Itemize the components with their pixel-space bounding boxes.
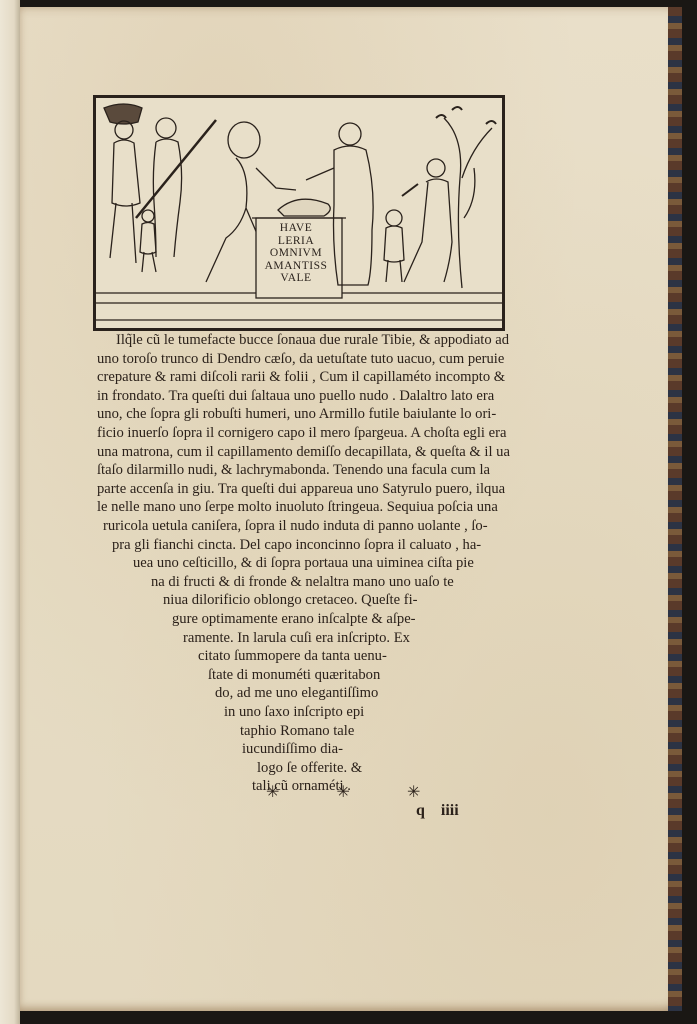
asterism-ornament: ✳ ✳ ✳: [266, 782, 446, 801]
woodcut-scene-icon: [96, 98, 502, 328]
text-line: le nelle mano uno ſerpe molto inuoluto ſ…: [97, 498, 498, 517]
text-line: do, ad me uno elegantiſſimo: [215, 684, 378, 703]
text-line: ficio inuerſo ſopra il cornigero capo il…: [97, 424, 506, 443]
inscription-line: AMANTISS: [264, 260, 328, 273]
text-line: uno, che ſopra gli robuſti humeri, uno A…: [97, 405, 496, 424]
text-line: gure optimamente erano inſcalpte & aſpe-: [172, 610, 416, 629]
text-line: na di fructi & di fronde & nelaltra mano…: [151, 573, 454, 592]
text-line: niua dilorificio oblongo cretaceo. Queſt…: [163, 591, 418, 610]
text-line: ſtate di monuméti quæritabon: [208, 666, 380, 685]
text-line: in uno ſaxo inſcripto epi: [224, 703, 364, 722]
marbled-fore-edge: [668, 7, 682, 1011]
text-line: ruricola uetula caniſera, ſopra il nudo …: [103, 517, 488, 536]
text-line: uno toroſo trunco di Dendro cæſo, da uet…: [97, 350, 504, 369]
inscription-line: VALE: [264, 272, 328, 285]
inscription-line: HAVE: [264, 222, 328, 235]
text-line: pra gli fianchi cincta. Del capo inconci…: [112, 536, 481, 555]
text-line: ſtaſo dilarmillo nudi, & lachrymabonda. …: [97, 461, 490, 480]
text-line: uea uno ceſticillo, & di ſopra portaua u…: [133, 554, 474, 573]
text-line: Ilq̃le cũ le tumefacte bucce ſonaua due …: [116, 331, 509, 350]
text-line: iucundiſſimo dia-: [242, 740, 343, 759]
text-line: parte accenſa in giu. Tra queſti dui app…: [97, 480, 505, 499]
signature-number: iiii: [441, 802, 459, 819]
facing-page-edge: [0, 0, 20, 1024]
signature-letter: q: [416, 802, 425, 819]
signature-mark: qiiii: [416, 802, 475, 820]
woodcut-illustration: HAVE LERIA OMNIVM AMANTISS VALE: [93, 95, 505, 331]
text-line: crepature & rami diſcoli rarii & folii ,…: [97, 368, 505, 387]
text-line: citato ſummopere da tanta uenu-: [198, 647, 387, 666]
text-line: una matrona, cum il capillamento demiſſo…: [97, 443, 510, 462]
inscription-line: LERIA: [264, 235, 328, 248]
text-line: ramente. In larula cuſi era inſcripto. E…: [183, 629, 410, 648]
plinth-inscription: HAVE LERIA OMNIVM AMANTISS VALE: [264, 222, 328, 285]
inscription-line: OMNIVM: [264, 247, 328, 260]
text-line: taphio Romano tale: [240, 722, 354, 741]
text-line: in frondato. Tra queſti dui ſaltaua uno …: [97, 387, 494, 406]
text-line: logo ſe offerite. &: [257, 759, 362, 778]
